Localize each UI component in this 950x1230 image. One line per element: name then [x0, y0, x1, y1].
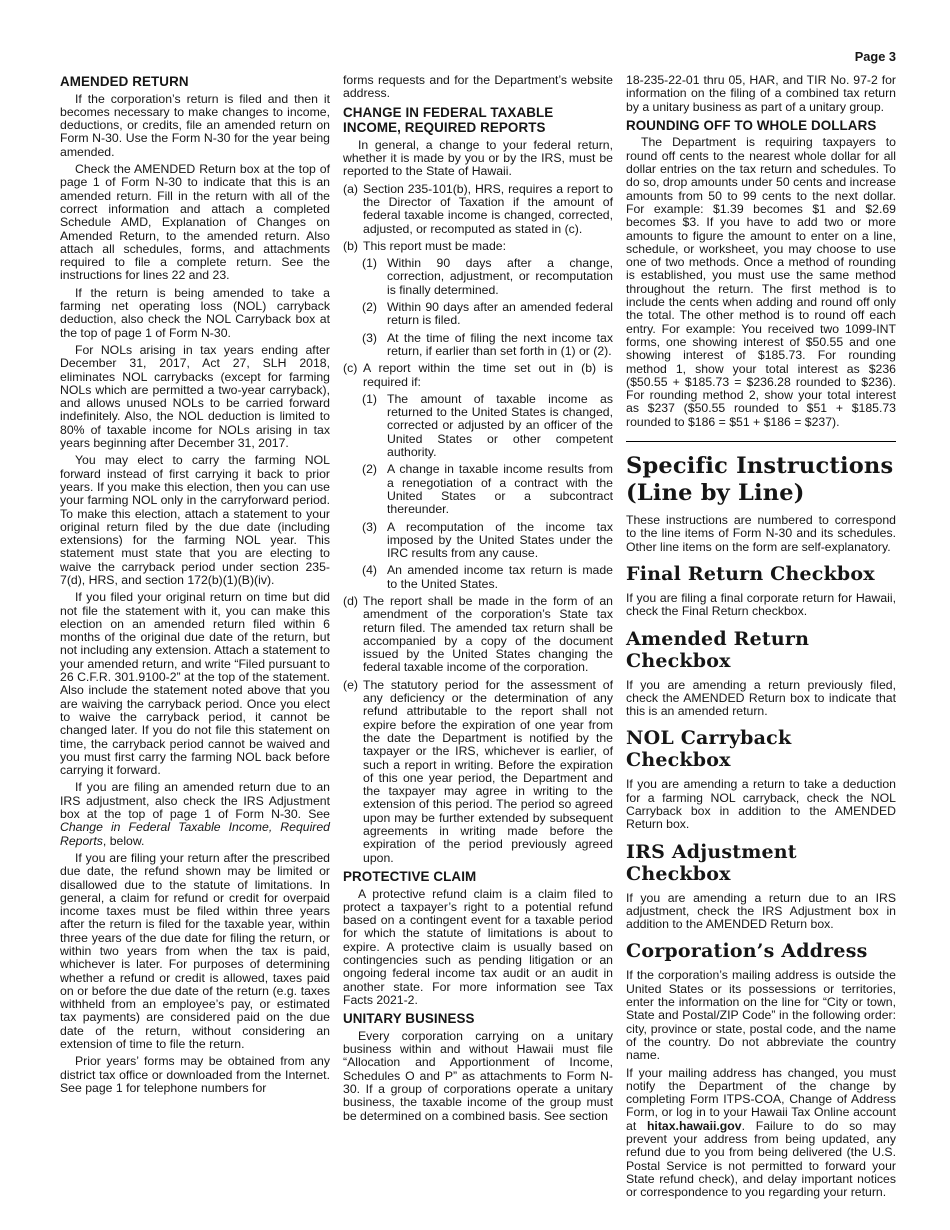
- paragraph: If the corporation’s return is filed and…: [60, 93, 330, 159]
- heading-unitary-business: UNITARY BUSINESS: [343, 1011, 613, 1027]
- list-item-b: (b) This report must be made:: [343, 240, 613, 253]
- paragraph: You may elect to carry the farming NOL f…: [60, 454, 330, 587]
- list-label: (c): [343, 362, 363, 389]
- column-3: 18-235-22-01 thru 05, HAR, and TIR No. 9…: [626, 74, 896, 1204]
- paragraph: Prior years’ forms may be obtained from …: [60, 1055, 330, 1095]
- list-text: A report within the time set out in (b) …: [363, 362, 613, 389]
- list-text: Section 235-101(b), HRS, requires a repo…: [363, 183, 613, 236]
- list-item-c2: (2) A change in taxable income results f…: [362, 463, 613, 516]
- list-label: (2): [362, 463, 387, 516]
- list-item-b1: (1) Within 90 days after a change, corre…: [362, 257, 613, 297]
- paragraph: Every corporation carrying on a unitary …: [343, 1030, 613, 1123]
- list-text: The report shall be made in the form of …: [363, 595, 613, 675]
- list-item-c4: (4) An amended income tax return is made…: [362, 564, 613, 591]
- paragraph: For NOLs arising in tax years ending aft…: [60, 344, 330, 450]
- paragraph: If the return is being amended to take a…: [60, 287, 330, 340]
- heading-irs-adjustment-checkbox: IRS Adjustment Checkbox: [626, 841, 896, 885]
- italic-reference: Change in Federal Taxable Income, Requir…: [60, 820, 330, 847]
- list-text: An amended income tax return is made to …: [387, 564, 613, 591]
- paragraph: These instructions are numbered to corre…: [626, 514, 896, 554]
- list-label: (1): [362, 257, 387, 297]
- list-text: A change in taxable income results from …: [387, 463, 613, 516]
- paragraph: If you filed your original return on tim…: [60, 591, 330, 777]
- heading-nol-carryback-checkbox: NOL Carryback Checkbox: [626, 727, 896, 771]
- column-2: forms requests and for the Department’s …: [343, 74, 613, 1204]
- list-text: This report must be made:: [363, 240, 613, 253]
- list-label: (b): [343, 240, 363, 253]
- paragraph: A protective refund claim is a claim fil…: [343, 888, 613, 1008]
- list-item-c1: (1) The amount of taxable income as retu…: [362, 393, 613, 459]
- list-item-b3: (3) At the time of filing the next incom…: [362, 332, 613, 359]
- list-label: (2): [362, 301, 387, 328]
- list-label: (3): [362, 521, 387, 561]
- paragraph: In general, a change to your federal ret…: [343, 139, 613, 179]
- paragraph: If you are amending a return to take a d…: [626, 778, 896, 831]
- heading-change-in-federal-taxable-income: CHANGE IN FEDERAL TAXABLE INCOME, REQUIR…: [343, 105, 613, 136]
- document-page: Page 3 AMENDED RETURN If the corporation…: [0, 0, 950, 1230]
- list-text: The statutory period for the assessment …: [363, 679, 613, 865]
- paragraph: If you are filing a final corporate retu…: [626, 592, 896, 619]
- list-item-d: (d) The report shall be made in the form…: [343, 595, 613, 675]
- list-item-c: (c) A report within the time set out in …: [343, 362, 613, 389]
- list-text: A recomputation of the income tax impose…: [387, 521, 613, 561]
- continuation-paragraph: forms requests and for the Department’s …: [343, 74, 613, 101]
- heading-rounding-off: ROUNDING OFF TO WHOLE DOLLARS: [626, 118, 896, 134]
- paragraph: If you are amending a return previously …: [626, 679, 896, 719]
- list-text: At the time of filing the next income ta…: [387, 332, 613, 359]
- list-item-b2: (2) Within 90 days after an amended fede…: [362, 301, 613, 328]
- list-text: Within 90 days after a change, correctio…: [387, 257, 613, 297]
- page-number: Page 3: [60, 49, 896, 64]
- section-divider: [626, 441, 896, 442]
- paragraph: Check the AMENDED Return box at the top …: [60, 163, 330, 283]
- continuation-paragraph: 18-235-22-01 thru 05, HAR, and TIR No. 9…: [626, 74, 896, 114]
- paragraph-with-italic-reference: If you are filing an amended return due …: [60, 781, 330, 847]
- paragraph-text: , below.: [103, 834, 145, 848]
- heading-protective-claim: PROTECTIVE CLAIM: [343, 869, 613, 885]
- list-label: (e): [343, 679, 363, 865]
- list-label: (d): [343, 595, 363, 675]
- paragraph: If you are filing your return after the …: [60, 852, 330, 1051]
- list-text: The amount of taxable income as returned…: [387, 393, 613, 459]
- paragraph: If you are amending a return due to an I…: [626, 892, 896, 932]
- paragraph-with-bold-url: If your mailing address has changed, you…: [626, 1067, 896, 1200]
- list-label: (3): [362, 332, 387, 359]
- heading-corporations-address: Corporation’s Address: [626, 940, 896, 962]
- list-item-c3: (3) A recomputation of the income tax im…: [362, 521, 613, 561]
- list-item-e: (e) The statutory period for the assessm…: [343, 679, 613, 865]
- paragraph: The Department is requiring taxpayers to…: [626, 136, 896, 429]
- list-label: (4): [362, 564, 387, 591]
- paragraph: If the corporation’s mailing address is …: [626, 969, 896, 1062]
- heading-amended-return: AMENDED RETURN: [60, 74, 330, 90]
- list-text: Within 90 days after an amended federal …: [387, 301, 613, 328]
- list-label: (1): [362, 393, 387, 459]
- column-1: AMENDED RETURN If the corporation’s retu…: [60, 74, 330, 1204]
- list-label: (a): [343, 183, 363, 236]
- heading-amended-return-checkbox: Amended Return Checkbox: [626, 628, 896, 672]
- three-column-layout: AMENDED RETURN If the corporation’s retu…: [60, 74, 896, 1204]
- heading-final-return-checkbox: Final Return Checkbox: [626, 563, 896, 585]
- website-url-text: hitax.hawaii.gov: [647, 1119, 742, 1133]
- list-item-a: (a) Section 235-101(b), HRS, requires a …: [343, 183, 613, 236]
- heading-specific-instructions: Specific Instructions (Line by Line): [626, 453, 896, 507]
- paragraph-text: If you are filing an amended return due …: [60, 780, 330, 821]
